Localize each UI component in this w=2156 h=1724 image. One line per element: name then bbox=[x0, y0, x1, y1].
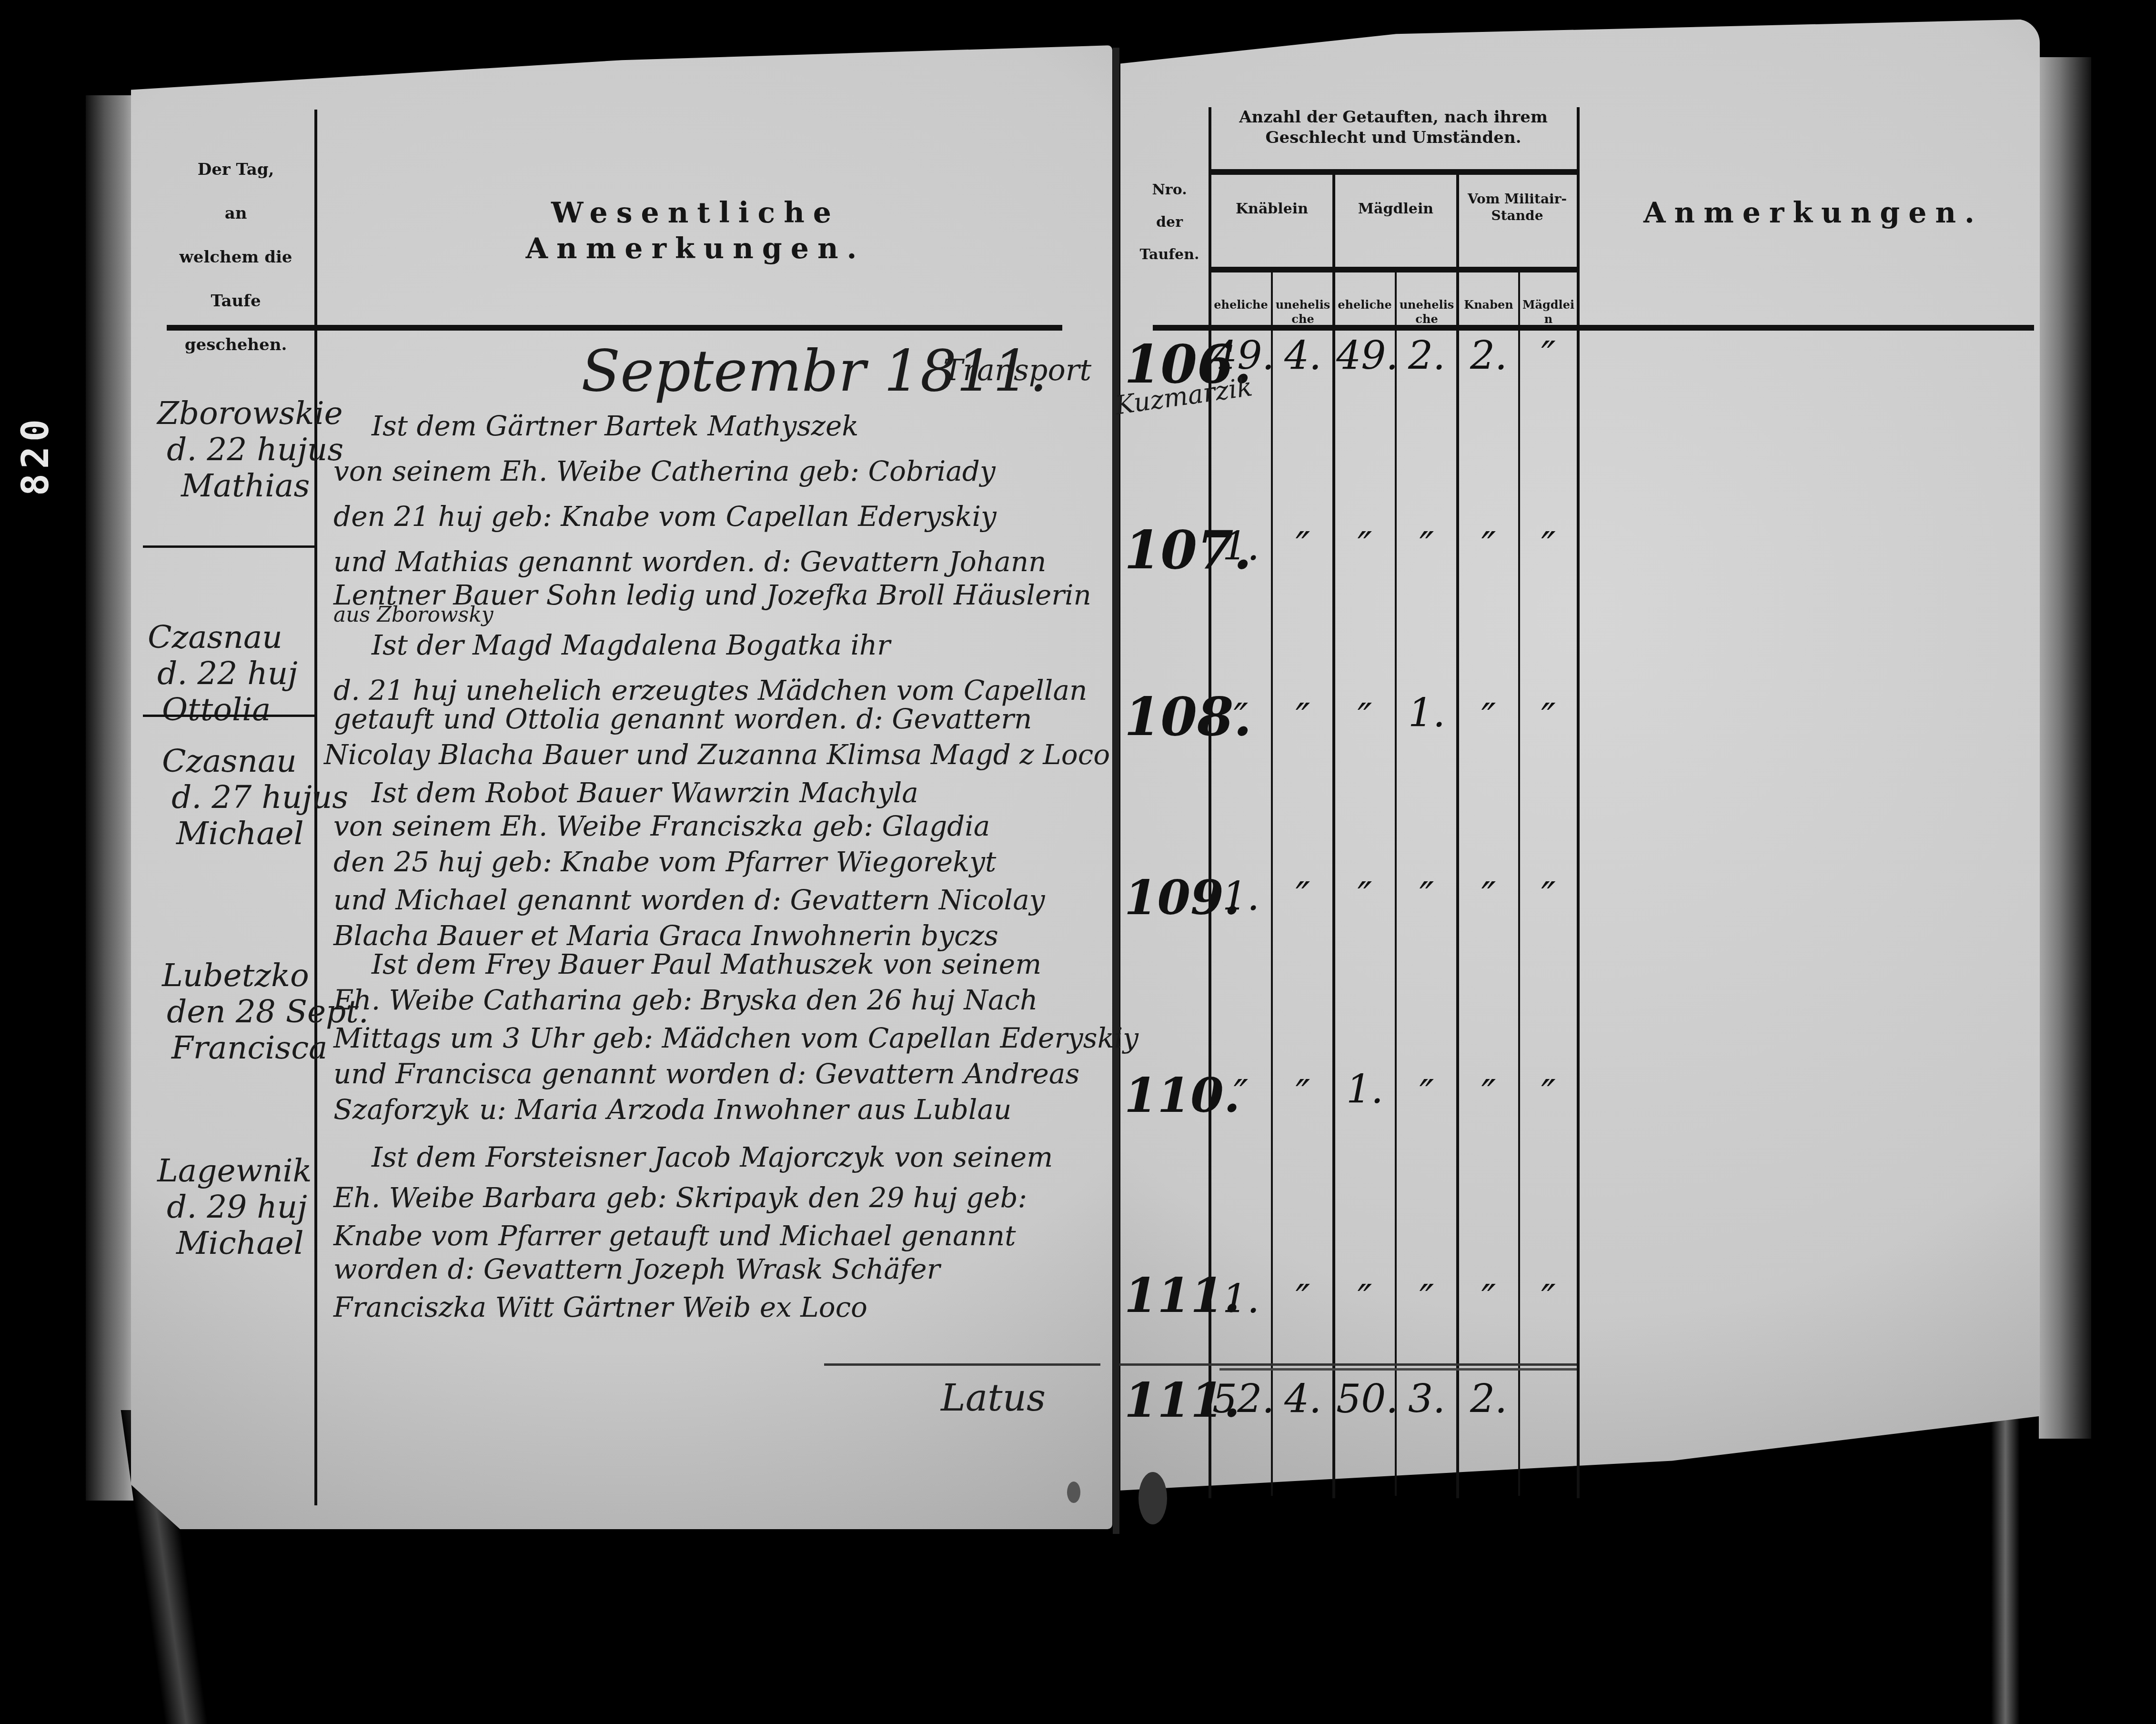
col-divider-remarks bbox=[1577, 107, 1580, 1498]
col-divider bbox=[1395, 272, 1397, 1496]
entry-line: von seinem Eh. Weibe Catherina geb: Cobr… bbox=[333, 455, 996, 487]
row-value: ″ bbox=[1521, 1072, 1576, 1117]
subheader: unehelische bbox=[1398, 298, 1455, 326]
entry-separator bbox=[143, 545, 314, 548]
nro-header-line: der bbox=[1134, 206, 1205, 239]
table-group-title: Anzahl der Getauften, nach ihrem Geschle… bbox=[1212, 107, 1574, 148]
table-group-rule bbox=[1210, 169, 1580, 175]
row-value: ″ bbox=[1521, 333, 1576, 379]
subheader: eheliche bbox=[1336, 298, 1393, 312]
row-value: ″ bbox=[1336, 524, 1393, 569]
frame-number-stamp: 820 bbox=[14, 414, 57, 496]
entry-separator bbox=[143, 715, 314, 717]
row-value: ″ bbox=[1460, 1277, 1517, 1322]
entry-line: den 21 huj geb: Knabe vom Capellan Edery… bbox=[333, 500, 997, 533]
entry-line: d. 21 huj unehelich erzeugtes Mädchen vo… bbox=[333, 674, 1087, 706]
ink-blot bbox=[1067, 1482, 1080, 1503]
margin-name: Michael bbox=[157, 1225, 312, 1261]
row-value: ″ bbox=[1521, 696, 1576, 741]
date-header-line: Der Tag, bbox=[162, 148, 310, 192]
margin-name: Mathias bbox=[157, 468, 343, 504]
book-edge-right bbox=[2039, 57, 2091, 1439]
row-value: 1. bbox=[1336, 1067, 1393, 1112]
latus-value: 52. bbox=[1212, 1377, 1269, 1422]
row-value: ″ bbox=[1460, 1072, 1517, 1117]
book-edge-left bbox=[86, 95, 133, 1501]
date-header-line: an bbox=[162, 192, 310, 235]
entry-line: Ist dem Robot Bauer Wawrzin Machyla bbox=[372, 776, 918, 809]
margin-date: d. 29 huj bbox=[157, 1189, 312, 1225]
entry-line: Knabe vom Pfarrer getauft und Michael ge… bbox=[333, 1220, 1016, 1252]
subheader: unehelische bbox=[1274, 298, 1331, 326]
entry-line: Eh. Weibe Barbara geb: Skripayk den 29 h… bbox=[333, 1181, 1027, 1214]
margin-place: Czasnau bbox=[162, 743, 348, 779]
row-value: ″ bbox=[1212, 1072, 1269, 1117]
row-value: 1. bbox=[1212, 524, 1269, 569]
latus-total-rule-2 bbox=[1219, 1368, 1577, 1371]
date-header-line: geschehen. bbox=[162, 323, 310, 367]
row-value: 1. bbox=[1212, 874, 1269, 919]
margin-date: d. 27 hujus bbox=[162, 779, 348, 816]
entry-line: Szaforzyk u: Maria Arzoda Inwohner aus L… bbox=[333, 1093, 1011, 1126]
remarks-column-header: Anmerkungen. bbox=[1643, 195, 1977, 231]
row-value: ″ bbox=[1274, 1277, 1331, 1322]
row-value: ″ bbox=[1274, 696, 1331, 741]
entry-line: den 25 huj geb: Knabe vom Pfarrer Wiegor… bbox=[333, 846, 996, 878]
entry-line: Ist dem Gärtner Bartek Mathyszek bbox=[372, 410, 858, 442]
margin-date: d. 22 huj bbox=[148, 655, 298, 692]
group-header-military: Vom Militair-Stande bbox=[1460, 191, 1574, 224]
row-value: 2. bbox=[1460, 333, 1517, 379]
margin-name: Michael bbox=[162, 816, 348, 852]
row-nro: 107. bbox=[1124, 519, 1208, 581]
margin-name: Ottolia bbox=[148, 692, 298, 728]
col-divider bbox=[1271, 272, 1273, 1496]
entry-line: aus Zborowsky bbox=[333, 603, 494, 627]
row-value: 49. bbox=[1336, 333, 1393, 379]
entry-line: Eh. Weibe Catharina geb: Bryska den 26 h… bbox=[333, 984, 1038, 1016]
row-nro: 109. bbox=[1124, 869, 1208, 926]
nro-column-header: Nro. der Taufen. bbox=[1134, 174, 1205, 271]
entry-line: und Francisca genannt worden d: Gevatter… bbox=[333, 1058, 1079, 1090]
table-subgroup-rule bbox=[1210, 267, 1580, 272]
row-value: 2. bbox=[1398, 333, 1455, 379]
col-divider bbox=[1456, 174, 1459, 1498]
row-value: ″ bbox=[1398, 874, 1455, 919]
entry-line: getauft und Ottolia genannt worden. d: G… bbox=[333, 703, 1032, 735]
transport-label: Transport bbox=[943, 353, 1091, 387]
entry-line: Ist der Magd Magdalena Bogatka ihr bbox=[372, 629, 890, 661]
row-value: ″ bbox=[1336, 696, 1393, 741]
entry-line: Mittags um 3 Uhr geb: Mädchen vom Capell… bbox=[333, 1022, 1138, 1054]
margin-entry: Zborowskie d. 22 hujus Mathias bbox=[157, 395, 343, 504]
latus-label: Latus bbox=[941, 1377, 1046, 1420]
subheader: Mägdlein bbox=[1521, 298, 1576, 326]
row-value: ″ bbox=[1521, 874, 1576, 919]
latus-value: 2. bbox=[1460, 1377, 1517, 1422]
notes-column-header: Wesentliche Anmerkungen. bbox=[424, 195, 967, 267]
group-header-girls: Mägdlein bbox=[1336, 200, 1455, 218]
entry-line: Blacha Bauer et Maria Graca Inwohnerin b… bbox=[333, 919, 998, 952]
row-value: ″ bbox=[1212, 696, 1269, 741]
row-value: ″ bbox=[1336, 874, 1393, 919]
row-value: ″ bbox=[1398, 1072, 1455, 1117]
margin-entry: Lagewnik d. 29 huj Michael bbox=[157, 1153, 312, 1261]
entry-line: und Michael genannt worden d: Gevattern … bbox=[333, 884, 1045, 916]
row-value: ″ bbox=[1521, 524, 1576, 569]
page-holder-right bbox=[1991, 1410, 2020, 1724]
row-value: 1. bbox=[1212, 1277, 1269, 1322]
row-value: ″ bbox=[1398, 1277, 1455, 1322]
margin-date: d. 22 hujus bbox=[157, 432, 343, 468]
margin-entry: Czasnau d. 27 hujus Michael bbox=[162, 743, 348, 852]
margin-entry: Czasnau d. 22 huj Ottolia bbox=[148, 619, 298, 728]
date-header-line: welchem die Taufe bbox=[162, 235, 310, 323]
row-nro: 108. bbox=[1124, 686, 1208, 747]
row-value: 4. bbox=[1274, 333, 1331, 379]
subheader: eheliche bbox=[1212, 298, 1269, 312]
entry-line: Nicolay Blacha Bauer und Zuzanna Klimsa … bbox=[324, 738, 1110, 771]
row-value: 49. bbox=[1212, 333, 1269, 379]
row-nro: 111. bbox=[1124, 1267, 1208, 1323]
entry-line: von seinem Eh. Weibe Franciszka geb: Gla… bbox=[333, 810, 990, 842]
row-value: 1. bbox=[1398, 691, 1455, 736]
entry-line: Ist dem Forsteisner Jacob Majorczyk von … bbox=[372, 1141, 1053, 1173]
date-column-header: Der Tag, an welchem die Taufe geschehen. bbox=[162, 148, 310, 367]
row-nro: 110. bbox=[1124, 1067, 1208, 1123]
subheader: Knaben bbox=[1460, 298, 1517, 312]
col-divider bbox=[1518, 272, 1520, 1496]
row-value: ″ bbox=[1336, 1277, 1393, 1322]
latus-value: 4. bbox=[1274, 1377, 1331, 1422]
entry-line: Ist dem Frey Bauer Paul Mathuszek von se… bbox=[372, 948, 1041, 980]
row-value: ″ bbox=[1398, 524, 1455, 569]
nro-header-line: Taufen. bbox=[1134, 239, 1205, 271]
latus-total-rule bbox=[1119, 1363, 1577, 1366]
latus-value: 3. bbox=[1398, 1377, 1455, 1422]
latus-value: 50. bbox=[1336, 1377, 1393, 1422]
margin-place: Lagewnik bbox=[157, 1153, 312, 1189]
margin-place: Zborowskie bbox=[157, 395, 343, 432]
col-divider bbox=[1332, 174, 1335, 1498]
row-value: ″ bbox=[1274, 874, 1331, 919]
latus-nro: 111. bbox=[1124, 1372, 1208, 1428]
group-header-boys: Knäblein bbox=[1212, 200, 1331, 218]
row-value: ″ bbox=[1521, 1277, 1576, 1322]
row-value: ″ bbox=[1460, 696, 1517, 741]
latus-rule bbox=[824, 1363, 1100, 1366]
row-value: ″ bbox=[1460, 524, 1517, 569]
nro-header-line: Nro. bbox=[1134, 174, 1205, 206]
row-value: ″ bbox=[1274, 1072, 1331, 1117]
entry-line: Franciszka Witt Gärtner Weib ex Loco bbox=[333, 1291, 867, 1323]
margin-place: Czasnau bbox=[148, 619, 298, 655]
ink-blot bbox=[1138, 1472, 1167, 1524]
entry-line: worden d: Gevattern Jozeph Wrask Schäfer bbox=[333, 1253, 940, 1285]
row-value: ″ bbox=[1274, 524, 1331, 569]
book-gutter bbox=[1113, 48, 1119, 1534]
row-value: ″ bbox=[1460, 874, 1517, 919]
entry-line: und Mathias genannt worden. d: Gevattern… bbox=[333, 545, 1046, 578]
